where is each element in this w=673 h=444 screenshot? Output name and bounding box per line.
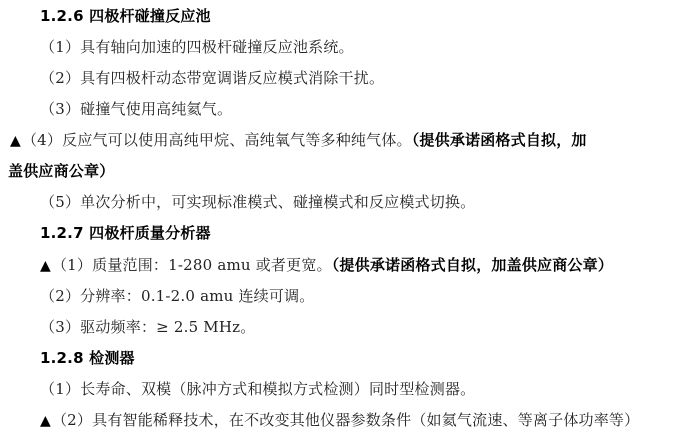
commitment-note: （提供承诺函格式自拟，加 [412,131,587,149]
item-text: （2）具有四极杆动态带宽调谐反应模式消除干扰。 [40,69,384,87]
item-text: （3）碰撞气使用高纯氦气。 [40,100,232,118]
triangle-marker-icon: ▲ [40,258,51,274]
list-item: （2）具有四极杆动态带宽调谐反应模式消除干扰。 [40,68,384,88]
commitment-note-continuation: 盖供应商公章） [8,161,114,181]
list-item: ▲（2）具有智能稀释技术，在不改变其他仪器参数条件（如氦气流速、等离子体功率等） [40,410,639,431]
list-item: （5）单次分析中，可实现标准模式、碰撞模式和反应模式切换。 [40,192,475,212]
list-item: （2）分辨率：0.1-2.0 amu 连续可调。 [40,286,315,306]
section-heading-1-2-7: 1.2.7 四极杆质量分析器 [40,223,211,243]
list-item: ▲（1）质量范围：1-280 amu 或者更宽。（提供承诺函格式自拟，加盖供应商… [40,255,613,276]
list-item: （1）长寿命、双模（脉冲方式和模拟方式检测）同时型检测器。 [40,379,475,399]
triangle-marker-icon: ▲ [40,413,51,429]
list-item: ▲（4）反应气可以使用高纯甲烷、高纯氧气等多种纯气体。（提供承诺函格式自拟，加 [10,130,587,151]
list-item: （3）驱动频率：≥ 2.5 MHz。 [40,317,255,337]
section-heading-1-2-6: 1.2.6 四极杆碰撞反应池 [40,6,211,26]
item-text: （2）具有智能稀释技术，在不改变其他仪器参数条件（如氦气流速、等离子体功率等） [52,411,639,429]
section-heading-1-2-8: 1.2.8 检测器 [40,348,135,368]
item-text: （2）分辨率：0.1-2.0 amu 连续可调。 [40,287,315,305]
item-text: （1）质量范围：1-280 amu 或者更宽。 [52,256,332,274]
item-text: （4）反应气可以使用高纯甲烷、高纯氧气等多种纯气体。 [22,131,412,149]
item-text: （1）具有轴向加速的四极杆碰撞反应池系统。 [40,38,354,56]
triangle-marker-icon: ▲ [10,133,21,149]
item-text: （3）驱动频率：≥ 2.5 MHz。 [40,318,255,336]
commitment-note: （提供承诺函格式自拟，加盖供应商公章） [332,256,613,274]
list-item: （3）碰撞气使用高纯氦气。 [40,99,232,119]
item-text: （1）长寿命、双模（脉冲方式和模拟方式检测）同时型检测器。 [40,380,475,398]
item-text: （5）单次分析中，可实现标准模式、碰撞模式和反应模式切换。 [40,193,475,211]
list-item: （1）具有轴向加速的四极杆碰撞反应池系统。 [40,37,354,57]
